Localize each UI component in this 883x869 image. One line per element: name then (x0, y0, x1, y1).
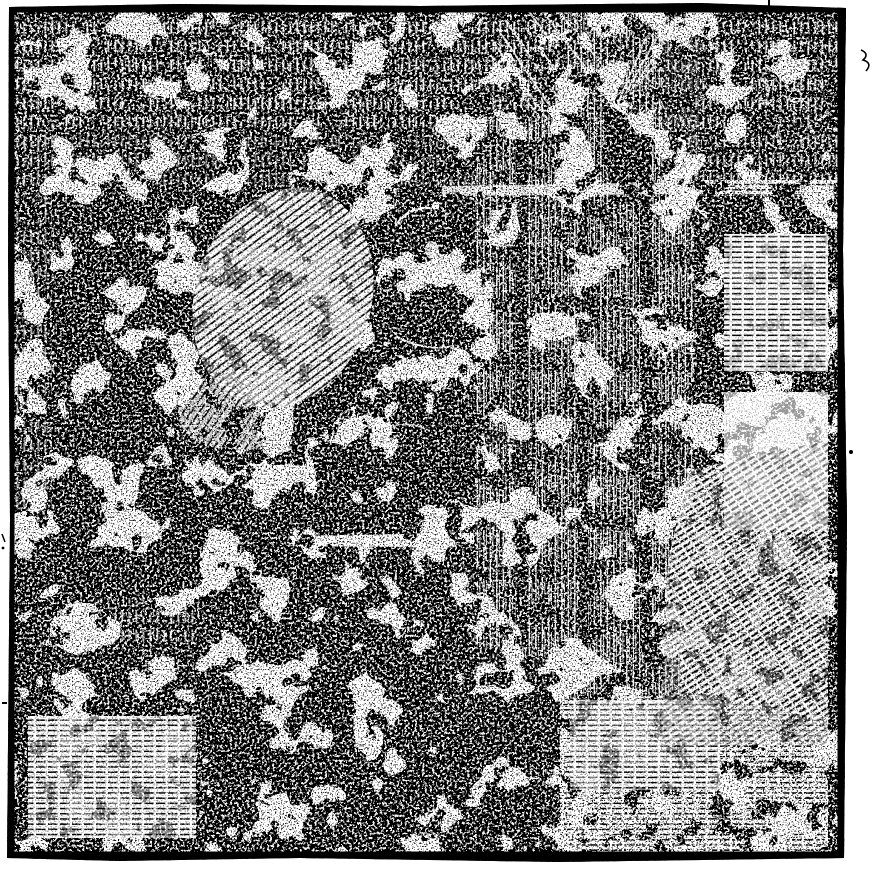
right-margin-dot (849, 450, 853, 454)
engraving-page: Antique wood-engraving illustration, bla… (0, 0, 883, 869)
doorway-sky-restore (724, 234, 828, 372)
left-margin-dot (2, 547, 5, 550)
engraving-illustration: Antique wood-engraving illustration, bla… (0, 0, 883, 869)
left-margin-mark (2, 534, 5, 542)
engraving-plate (7, 3, 847, 862)
right-margin-squiggle (861, 50, 869, 71)
left-margin-dash (2, 702, 7, 704)
floorboards-restore (28, 716, 196, 838)
top-margin-tick (768, 0, 770, 7)
corner-margin-dot (840, 838, 844, 842)
